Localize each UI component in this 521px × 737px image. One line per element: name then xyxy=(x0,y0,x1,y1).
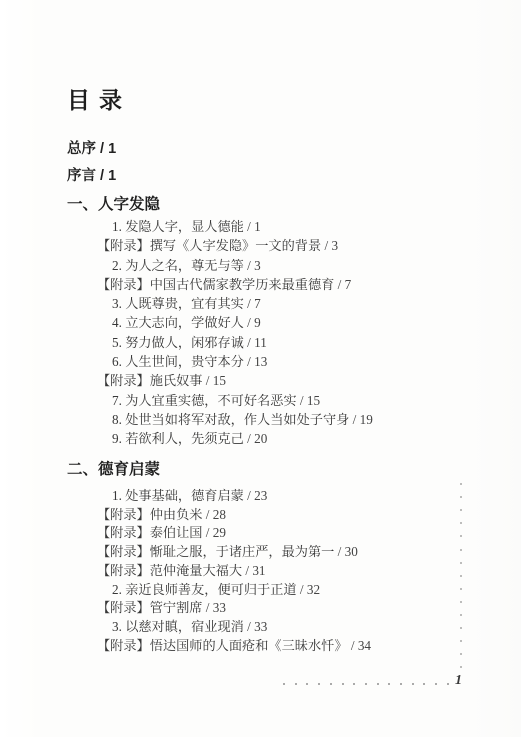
dot xyxy=(353,683,355,685)
toc-front-entry-preface: 序言 / 1 xyxy=(67,164,116,185)
toc-entry-page: / 31 xyxy=(242,563,265,578)
toc-entry: 1. 发隐人字，显人德能 / 1 xyxy=(0,217,491,236)
dot xyxy=(460,588,462,590)
dot xyxy=(435,683,437,685)
dot xyxy=(400,683,402,685)
dot xyxy=(318,683,320,685)
toc-entry-title: 【附录】中国古代儒家教学历来最重德育 xyxy=(97,277,334,292)
dot xyxy=(460,549,462,551)
toc-entry: 6. 人生世间，贵守本分 / 13 xyxy=(0,352,491,371)
toc-entry-page: / 15 xyxy=(203,373,226,388)
toc-entry-title: 总序 xyxy=(67,141,96,157)
toc-entry-page: / 13 xyxy=(244,354,267,369)
dot xyxy=(460,666,462,668)
toc-entry-separator: / xyxy=(96,141,108,157)
toc-entry-page: / 9 xyxy=(244,315,261,330)
dot xyxy=(423,683,425,685)
toc-entry-title: 【附录】惭耻之服，于诸庄严，最为第一 xyxy=(97,544,334,559)
toc-entry: 【附录】悟达国师的人面疮和《三昧水忏》 / 34 xyxy=(0,637,491,656)
page-title: 目录 xyxy=(67,82,131,115)
toc-entry-page: / 33 xyxy=(244,619,267,634)
toc-entry-page: 1 xyxy=(108,141,116,157)
toc-entry: 9. 若欲利人，先须克己 / 20 xyxy=(0,429,491,448)
toc-entry-page: / 3 xyxy=(321,238,338,253)
section-items-1: 1. 发隐人字，显人德能 / 1【附录】撰写《人字发隐》一文的背景 / 32. … xyxy=(0,217,491,449)
toc-entry-title: 【附录】施氏奴事 xyxy=(97,373,203,388)
toc-entry: 4. 立大志向，学做好人 / 9 xyxy=(0,313,491,332)
toc-entry-page: / 11 xyxy=(244,335,267,350)
toc-entry-title: 3. 人既尊贵，宜有其实 xyxy=(112,296,244,311)
toc-entry-title: 序言 xyxy=(67,168,96,184)
toc-entry-page: / 30 xyxy=(334,544,357,559)
dot xyxy=(388,683,390,685)
toc-entry: 【附录】仲由负米 / 28 xyxy=(0,506,491,525)
dot xyxy=(306,683,308,685)
toc-entry: 5. 努力做人，闲邪存诚 / 11 xyxy=(0,333,491,352)
toc-entry-title: 7. 为人宜重实德，不可好名恶实 xyxy=(112,393,297,408)
dot xyxy=(460,562,462,564)
dot xyxy=(460,614,462,616)
toc-entry-page: / 15 xyxy=(297,393,320,408)
dot xyxy=(377,683,379,685)
toc-entry: 【附录】撰写《人字发隐》一文的背景 / 3 xyxy=(0,236,491,255)
toc-entry-title: 8. 处世当如将军对敌，作人当如处子守身 xyxy=(112,412,349,427)
dot xyxy=(412,683,414,685)
toc-entry-title: 4. 立大志向，学做好人 xyxy=(112,315,244,330)
toc-entry-title: 2. 亲近良师善友，便可归于正道 xyxy=(112,582,297,597)
toc-entry-page: / 28 xyxy=(203,507,226,522)
toc-entry-page: / 23 xyxy=(244,488,267,503)
toc-entry-page: / 29 xyxy=(203,525,226,540)
toc-entry-page: / 19 xyxy=(349,412,372,427)
toc-entry-separator: / xyxy=(96,168,108,184)
toc-entry: 2. 为人之名，尊无与等 / 3 xyxy=(0,256,491,275)
toc-entry-title: 【附录】撰写《人字发隐》一文的背景 xyxy=(97,238,321,253)
toc-entry-title: 2. 为人之名，尊无与等 xyxy=(112,258,244,273)
toc-entry: 【附录】中国古代儒家教学历来最重德育 / 7 xyxy=(0,275,491,294)
section-heading-2: 二、德育启蒙 xyxy=(67,457,160,479)
toc-entry: 1. 处事基础，德育启蒙 / 23 xyxy=(0,487,491,506)
toc-entry-page: / 7 xyxy=(334,277,351,292)
toc-entry-page: / 33 xyxy=(203,600,226,615)
toc-entry-page: / 20 xyxy=(244,431,267,446)
toc-entry-page: / 34 xyxy=(348,638,371,653)
toc-entry-title: 【附录】范仲淹量大福大 xyxy=(97,563,242,578)
dot xyxy=(330,683,332,685)
toc-entry: 【附录】泰伯让国 / 29 xyxy=(0,524,491,543)
dot xyxy=(460,601,462,603)
toc-entry-title: 1. 处事基础，德育启蒙 xyxy=(112,488,244,503)
toc-entry-page: 1 xyxy=(108,168,116,184)
dot xyxy=(460,575,462,577)
toc-entry: 3. 以慈对瞋，宿业现消 / 33 xyxy=(0,618,491,637)
toc-entry: 【附录】管宁割席 / 33 xyxy=(0,599,491,618)
toc-entry: 3. 人既尊贵，宜有其实 / 7 xyxy=(0,294,491,313)
section-items-2: 1. 处事基础，德育启蒙 / 23【附录】仲由负米 / 28【附录】泰伯让国 /… xyxy=(0,487,491,655)
dot xyxy=(342,683,344,685)
toc-entry-page: / 32 xyxy=(297,582,320,597)
toc-entry-title: 【附录】管宁割席 xyxy=(97,600,203,615)
folio-page-number: 1 xyxy=(455,673,462,689)
toc-entry-title: 【附录】仲由负米 xyxy=(97,507,203,522)
toc-entry-title: 6. 人生世间，贵守本分 xyxy=(112,354,244,369)
toc-front-entry-general-preface: 总序 / 1 xyxy=(67,137,116,158)
toc-entry-title: 3. 以慈对瞋，宿业现消 xyxy=(112,619,244,634)
toc-entry-title: 5. 努力做人，闲邪存诚 xyxy=(112,335,244,350)
dot xyxy=(283,683,285,685)
toc-entry-title: 【附录】悟达国师的人面疮和《三昧水忏》 xyxy=(97,638,348,653)
toc-entry-page: / 7 xyxy=(244,296,261,311)
toc-entry: 【附录】范仲淹量大福大 / 31 xyxy=(0,562,491,581)
toc-entry-title: 9. 若欲利人，先须克己 xyxy=(112,431,244,446)
dot xyxy=(447,683,449,685)
toc-entry: 【附录】施氏奴事 / 15 xyxy=(0,371,491,390)
book-page: 目录 总序 / 1 序言 / 1 一、人字发隐 1. 发隐人字，显人德能 / 1… xyxy=(0,0,521,737)
toc-entry: 【附录】惭耻之服，于诸庄严，最为第一 / 30 xyxy=(0,543,491,562)
toc-entry-title: 1. 发隐人字，显人德能 xyxy=(112,219,244,234)
toc-entry: 2. 亲近良师善友，便可归于正道 / 32 xyxy=(0,581,491,600)
toc-entry-page: / 1 xyxy=(244,219,261,234)
toc-entry-title: 【附录】泰伯让国 xyxy=(97,525,203,540)
toc-entry-page: / 3 xyxy=(244,258,261,273)
toc-entry: 8. 处世当如将军对敌，作人当如处子守身 / 19 xyxy=(0,410,491,429)
toc-entry: 7. 为人宜重实德，不可好名恶实 / 15 xyxy=(0,391,491,410)
dot xyxy=(365,683,367,685)
section-heading-1: 一、人字发隐 xyxy=(67,192,160,214)
dot xyxy=(295,683,297,685)
dot xyxy=(460,483,462,485)
